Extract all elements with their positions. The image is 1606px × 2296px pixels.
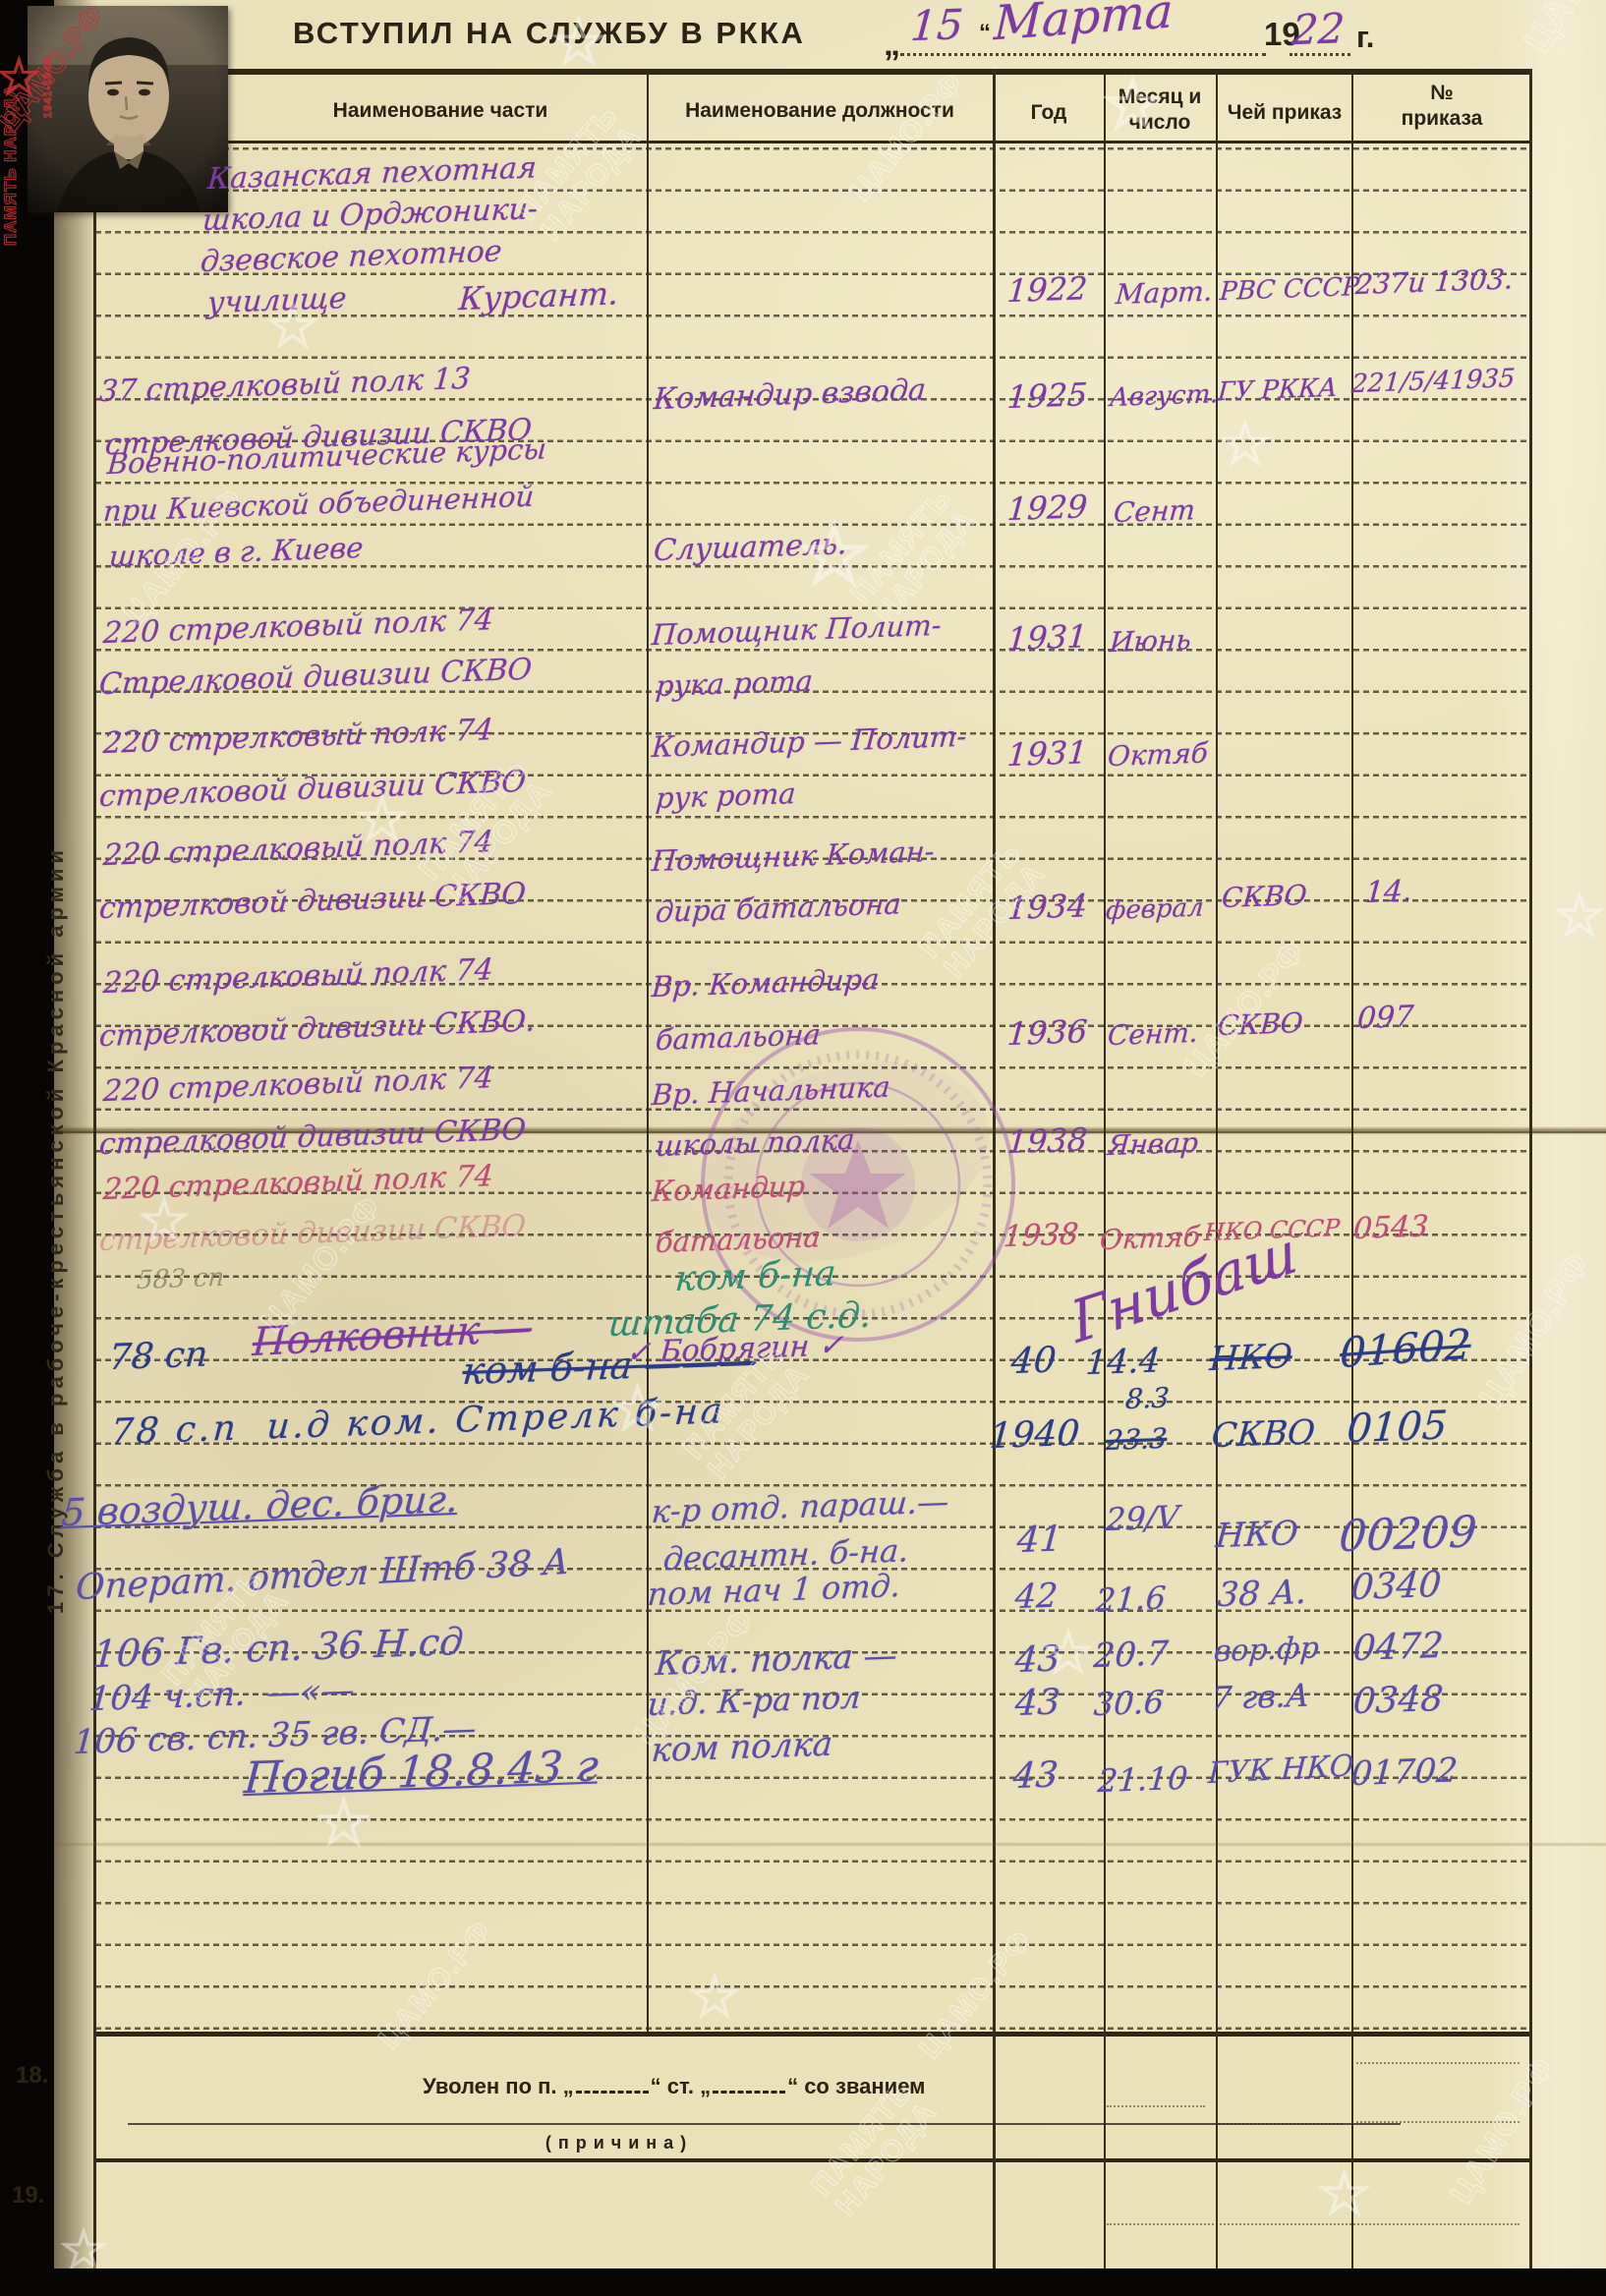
cell-dash xyxy=(1107,2223,1520,2225)
handwriting-text: 01702 xyxy=(1350,1753,1459,1791)
handwriting-text: вор.фр xyxy=(1213,1634,1320,1667)
handwriting-text: 78 сп xyxy=(107,1337,208,1376)
handwriting-text: 0348 xyxy=(1351,1682,1444,1720)
handwriting-text: ком б-на xyxy=(673,1256,836,1297)
watermark-star-icon: ☆ xyxy=(265,295,320,359)
page-title: ВСТУПИЛ НА СЛУЖБУ В РККА xyxy=(293,16,805,51)
section18-text-mid: “ ст. „ xyxy=(651,2074,711,2098)
handwriting-text: 43 xyxy=(1011,1757,1059,1795)
cell-dash xyxy=(1107,2105,1205,2107)
date-underline xyxy=(900,53,1266,56)
column-header-order-by: Чей приказ xyxy=(1218,100,1351,126)
watermark-text: 1941-1945 xyxy=(43,57,55,118)
handwriting-text: Март. xyxy=(1115,278,1214,310)
section18-line: Уволен по п. „“ ст. „“ со званием xyxy=(423,2074,925,2099)
handwriting-text: 20.7 xyxy=(1093,1636,1170,1673)
table-right-border xyxy=(1529,69,1532,2268)
watermark-text: ПАМЯТЬ НАРОДА xyxy=(2,85,20,246)
handwriting-text: 01602 xyxy=(1340,1324,1472,1375)
reason-underline xyxy=(128,2123,1401,2125)
handwriting-text: Курсант. xyxy=(458,277,620,315)
section18-blank-1 xyxy=(576,2075,649,2094)
handwriting-text: Октяб xyxy=(1099,1223,1201,1254)
handwriting-text: 583 сп xyxy=(136,1265,225,1293)
fold-crease-lower xyxy=(54,1842,1606,1847)
scan-bottom-edge xyxy=(0,2268,1606,2296)
column-header-year: Год xyxy=(995,100,1103,126)
handwriting-text: пом нач 1 отд. xyxy=(647,1570,901,1610)
handwriting-text: рука рота xyxy=(655,666,814,701)
handwriting-text: 1940 xyxy=(988,1416,1080,1455)
section18-blank-2 xyxy=(713,2075,785,2094)
handwriting-text: Вр. Начальника xyxy=(651,1073,891,1111)
reason-caption: (причина) xyxy=(491,2133,747,2153)
handwriting-text: Командир xyxy=(651,1173,806,1207)
watermark-star-icon: ☆ xyxy=(1317,2162,1372,2226)
handwriting-text: 21.6 xyxy=(1095,1582,1167,1617)
handwriting-text: феврал xyxy=(1105,895,1204,925)
section18-number: 18. xyxy=(16,2062,48,2090)
watermark-star-icon: ☆ xyxy=(138,1189,191,1251)
handwriting-text: 41 xyxy=(1015,1521,1062,1559)
handwriting-text: 0340 xyxy=(1349,1568,1442,1606)
handwriting-text: 8.3 xyxy=(1124,1384,1170,1413)
table-left-border xyxy=(93,69,96,2268)
handwriting-text: НКО xyxy=(1209,1340,1293,1376)
handwriting-text: 0105 xyxy=(1346,1406,1449,1449)
handwriting-text: НКО xyxy=(1215,1517,1299,1553)
handwriting-text: 1922 xyxy=(1006,272,1089,307)
handwriting-text: 1931 xyxy=(1006,620,1089,655)
handwriting-text: 22 xyxy=(1291,8,1346,51)
handwriting-text: 29/V xyxy=(1105,1501,1180,1535)
handwriting-text: 38 А. xyxy=(1217,1576,1308,1612)
handwriting-text: 14. xyxy=(1364,877,1413,908)
handwriting-text: 237и 1303. xyxy=(1354,265,1514,299)
handwriting-text: 1936 xyxy=(1006,1015,1089,1050)
section19-number: 19. xyxy=(12,2182,44,2210)
section17-vertical-label: 17. Служба в рабоче-крестьянской Красной… xyxy=(43,536,69,1923)
handwriting-text: дира батальона xyxy=(655,890,902,927)
table-top-border xyxy=(93,69,1532,75)
handwriting-text: 23.3 xyxy=(1105,1425,1168,1455)
handwriting-text: 0472 xyxy=(1351,1629,1444,1667)
watermark-star-icon: ☆ xyxy=(1101,69,1165,143)
header-bottom-border xyxy=(93,141,1532,143)
handwriting-text: 7 гв.А xyxy=(1211,1680,1311,1715)
handwriting-text: 097 xyxy=(1356,1003,1414,1034)
handwriting-text: 43 xyxy=(1013,1685,1061,1722)
handwriting-text: Вр. Командира xyxy=(651,965,880,1002)
watermark-star-icon: ☆ xyxy=(550,10,606,76)
handwriting-text: 42 xyxy=(1014,1578,1060,1614)
handwriting-text: 1931 xyxy=(1006,736,1089,771)
handwriting-text: Сент. xyxy=(1107,1019,1199,1050)
close-quote: “ xyxy=(979,20,991,47)
handwriting-text: Июнь xyxy=(1109,626,1192,657)
watermark-star-icon: ☆ xyxy=(609,1376,665,1442)
handwriting-text: Август. xyxy=(1109,381,1219,411)
section18-top-border xyxy=(93,2032,1532,2037)
column-header-order-no: № приказа xyxy=(1388,81,1496,132)
handwriting-text: к-р отд. параш.— xyxy=(651,1485,950,1527)
handwriting-text: ком полка xyxy=(651,1728,834,1768)
handwriting-text: Январ xyxy=(1107,1129,1199,1160)
handwriting-text: 40 xyxy=(1009,1343,1057,1380)
handwriting-text: Погиб 18.8.43 г xyxy=(243,1745,600,1801)
handwriting-text: 30.6 xyxy=(1093,1687,1165,1721)
handwriting-text: СКВО xyxy=(1221,882,1308,912)
handwriting-text: 1925 xyxy=(1006,378,1089,413)
handwriting-text: Октяб xyxy=(1107,739,1209,771)
handwriting-text: РВС СССР xyxy=(1219,274,1360,305)
handwriting-text: Марта xyxy=(993,0,1174,47)
handwriting-text: 1929 xyxy=(1006,490,1089,525)
handwriting-text: Сент xyxy=(1113,496,1196,527)
handwriting-text: СКВО xyxy=(1211,1415,1317,1453)
watermark-star-icon: ☆ xyxy=(1042,1622,1095,1684)
handwriting-text: ГУ РККА xyxy=(1217,375,1338,405)
open-quote: „ xyxy=(884,26,900,64)
handwriting-text: 00209 xyxy=(1338,1511,1478,1559)
column-border-3 xyxy=(1104,69,1106,2268)
handwriting-text: ГУК НКО xyxy=(1207,1751,1354,1789)
handwriting-text: 1938 xyxy=(1006,1123,1089,1158)
section18-text-before: Уволен по п. „ xyxy=(423,2074,574,2098)
handwriting-text: рук рота xyxy=(655,779,797,813)
year-suffix: г. xyxy=(1356,20,1374,55)
watermark-star-icon: ☆ xyxy=(1553,885,1606,947)
cell-dash xyxy=(1356,2062,1520,2064)
handwriting-text: 14.4 xyxy=(1085,1344,1162,1380)
handwriting-text: батальона xyxy=(655,1020,822,1055)
handwriting-text: 1938 xyxy=(1003,1220,1079,1252)
watermark-star-icon: ☆ xyxy=(688,1966,741,2028)
handwriting-text: батальона xyxy=(655,1223,822,1257)
watermark-star-icon: ☆ xyxy=(354,786,410,852)
handwriting-text: 221/5/41935 xyxy=(1350,366,1516,397)
handwriting-text: школы полка xyxy=(655,1125,856,1161)
watermark-star-icon: ☆ xyxy=(315,1789,373,1857)
handwriting-text: 0543 xyxy=(1352,1212,1429,1244)
handwriting-text: 21.10 xyxy=(1097,1762,1189,1797)
handwriting-text: 15 xyxy=(909,4,964,47)
watermark-star-icon: ☆ xyxy=(1219,413,1272,475)
